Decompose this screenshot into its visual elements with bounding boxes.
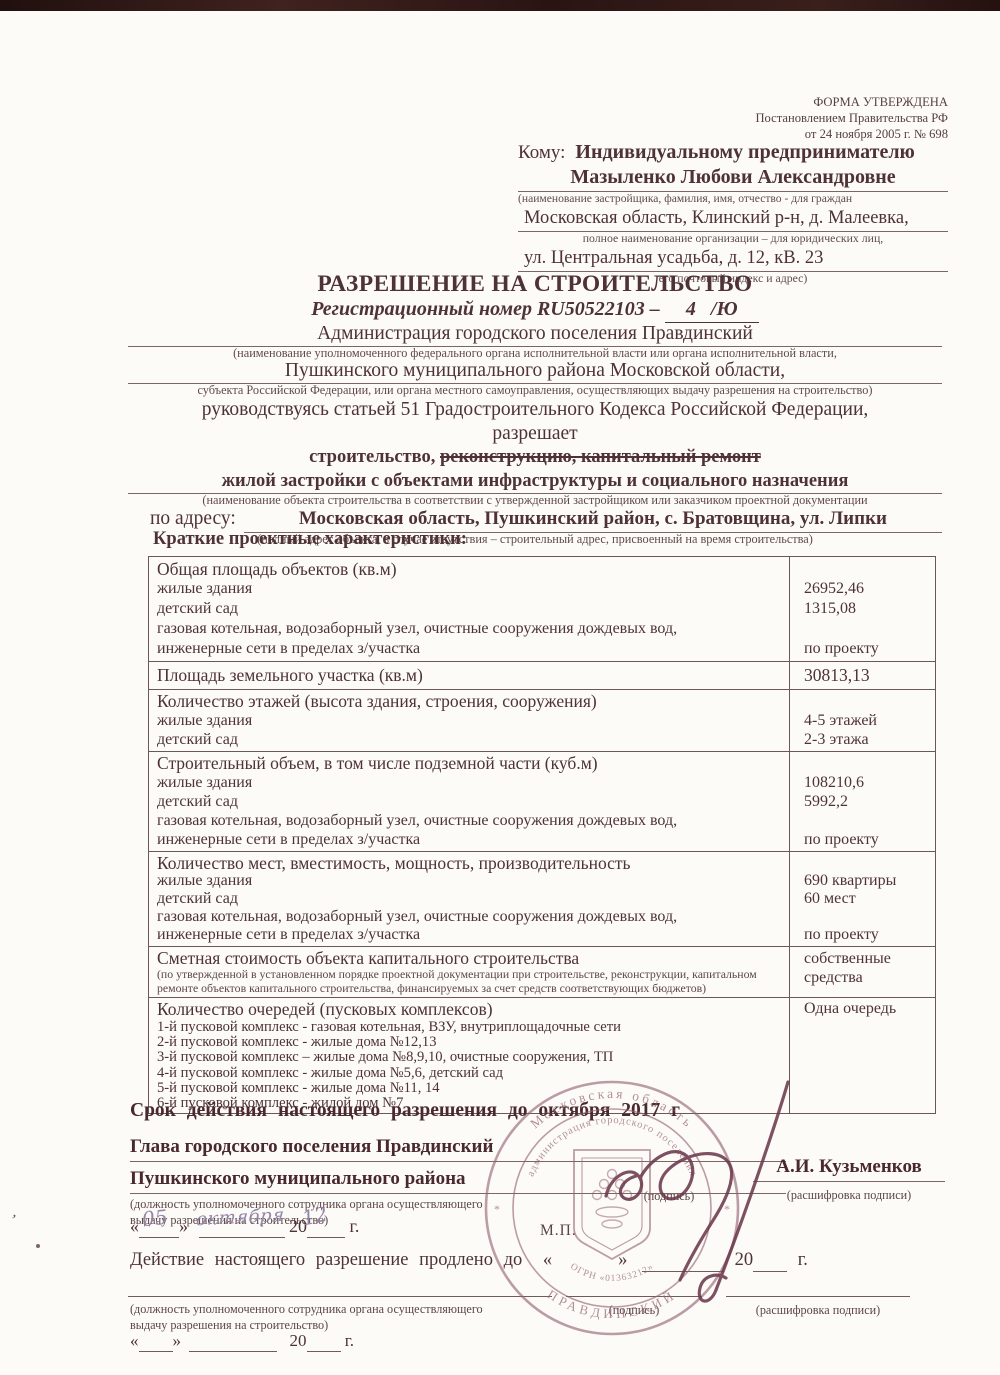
row-value-cell: 26952,46 1315,08 по проекту bbox=[789, 557, 935, 661]
handwritten-signature bbox=[592, 1076, 812, 1316]
row-value-cell: 30813,13 bbox=[789, 662, 935, 689]
table-row: Общая площадь объектов (кв.м) жилые здан… bbox=[149, 557, 935, 661]
registration-number-blank: 4 /Ю bbox=[665, 297, 759, 323]
row-label-cell: Общая площадь объектов (кв.м) жилые здан… bbox=[149, 557, 789, 661]
recipient-block: Кому: Индивидуальному предпринимателю Ма… bbox=[518, 140, 948, 285]
recipient-hint2: полное наименование организации – для юр… bbox=[518, 232, 948, 245]
authority-line2: Пушкинского муниципального района Москов… bbox=[128, 360, 942, 384]
quote-close: » bbox=[173, 1331, 182, 1350]
recipient-row: Кому: Индивидуальному предпринимателю bbox=[518, 140, 948, 165]
ink-speck: ’ bbox=[7, 1212, 18, 1231]
recipient-name-line2: Мазыленко Любови Александровне bbox=[518, 165, 948, 192]
table-row: Сметная стоимость объекта капитального с… bbox=[149, 946, 935, 997]
authority-hint1: (наименование уполномоченного федерально… bbox=[128, 347, 942, 360]
form-approval-block: ФОРМА УТВЕРЖДЕНА Постановлением Правител… bbox=[755, 94, 948, 142]
table-row: Количество мест, вместимость, мощность, … bbox=[149, 851, 935, 946]
row-label-cell: Строительный объем, в том числе подземно… bbox=[149, 752, 789, 851]
recipient-hint1: (наименование застройщика, фамилия, имя,… bbox=[518, 192, 948, 205]
authority-hint2: субъекта Российской Федерации, или орган… bbox=[128, 384, 942, 397]
row-label-cell: Количество мест, вместимость, мощность, … bbox=[149, 852, 789, 946]
table-row: Площадь земельного участка (кв.м) 30813,… bbox=[149, 661, 935, 689]
table-row: Количество этажей (высота здания, строен… bbox=[149, 689, 935, 751]
row-value-cell: 108210,6 5992,2 по проекту bbox=[789, 752, 935, 851]
permitted-types-line: строительство, реконструкцию, капитальны… bbox=[128, 446, 942, 469]
row-value-cell: собственные средства bbox=[789, 947, 935, 997]
row-label-cell: Площадь земельного участка (кв.м) bbox=[149, 662, 789, 689]
type-construction: строительство, bbox=[309, 447, 435, 467]
object-hint: (наименование объекта строительства в со… bbox=[128, 494, 942, 507]
scan-edge-bar bbox=[0, 0, 1000, 11]
bottom-date-line: «» 20 г. bbox=[130, 1330, 354, 1352]
quote-close: » bbox=[179, 1216, 188, 1236]
document-heading: РАЗРЕШЕНИЕ НА СТРОИТЕЛЬСТВО Регистрацион… bbox=[128, 272, 942, 546]
registration-number-line: Регистрационный номер RU50522103 – 4 /Ю bbox=[128, 297, 942, 323]
characteristics-heading: Краткие проектные характеристики: bbox=[153, 529, 467, 550]
registration-prefix: Регистрационный номер RU50522103 – bbox=[311, 298, 659, 320]
registration-suffix: /Ю bbox=[711, 298, 738, 320]
characteristics-table: Общая площадь объектов (кв.м) жилые здан… bbox=[148, 556, 936, 1114]
recipient-label: Кому: bbox=[518, 140, 565, 165]
year-prefix: 20 bbox=[290, 1331, 307, 1350]
recipient-address-line1: Московская область, Клинский р-н, д. Мал… bbox=[518, 208, 948, 232]
quote-open: « bbox=[130, 1216, 139, 1236]
row-label-cell: Количество этажей (высота здания, строен… bbox=[149, 690, 789, 751]
handwritten-day: 05 bbox=[141, 1205, 169, 1232]
quote-open: « bbox=[130, 1331, 139, 1350]
recipient-address-line2: ул. Центральная усадьба, д. 12, кВ. 23 bbox=[518, 248, 948, 272]
legal-basis-line: руководствуясь статьей 51 Градостроитель… bbox=[128, 398, 942, 421]
year-suffix: г. bbox=[350, 1216, 360, 1236]
row-value-cell: 4-5 этажей 2-3 этажа bbox=[789, 690, 935, 751]
type-struck-out: реконструкцию, капитальный ремонт bbox=[440, 447, 761, 467]
construction-permit-document: ФОРМА УТВЕРЖДЕНА Постановлением Правител… bbox=[0, 0, 1000, 1375]
form-approval-line: Постановлением Правительства РФ bbox=[755, 110, 948, 126]
stamp-star-left: * bbox=[494, 1202, 500, 1216]
object-name-line: жилой застройки с объектами инфраструкту… bbox=[128, 470, 942, 494]
authority-line1: Администрация городского поселения Правд… bbox=[128, 323, 942, 347]
year-suffix: г. bbox=[345, 1331, 354, 1350]
ink-speck bbox=[36, 1244, 40, 1248]
bottom-position-hint: (должность уполномоченного сотрудника ор… bbox=[130, 1301, 483, 1333]
row-label-cell: Сметная стоимость объекта капитального с… bbox=[149, 947, 789, 997]
page-title: РАЗРЕШЕНИЕ НА СТРОИТЕЛЬСТВО bbox=[128, 272, 942, 297]
table-row: Строительный объем, в том числе подземно… bbox=[149, 751, 935, 851]
permits-verb: разрешает bbox=[128, 422, 942, 445]
registration-number: 4 bbox=[686, 298, 696, 320]
form-approval-line: ФОРМА УТВЕРЖДЕНА bbox=[755, 94, 948, 110]
row-value-cell: 690 квартиры 60 мест по проекту bbox=[789, 852, 935, 946]
recipient-name-line1: Индивидуальному предпринимателю bbox=[575, 140, 914, 165]
